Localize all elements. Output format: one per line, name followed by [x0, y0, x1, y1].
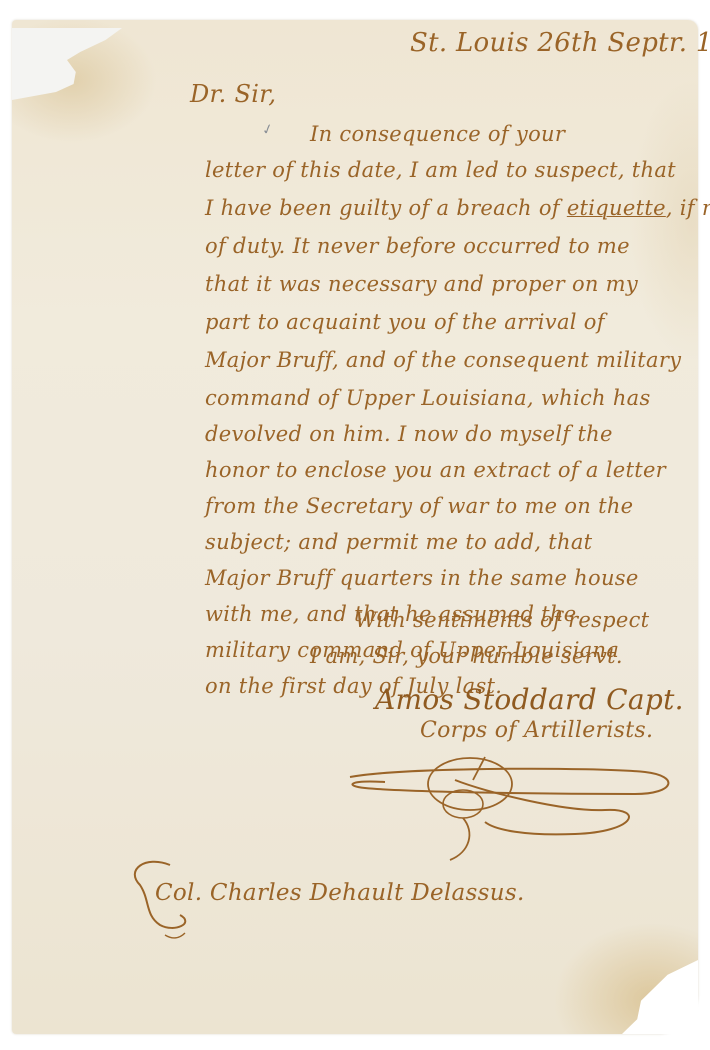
- salutation: Dr. Sir,: [190, 80, 276, 108]
- body-line: In consequence of your: [310, 122, 565, 146]
- body-line-text: I have been guilty of a breach of: [205, 196, 567, 220]
- signature-rank: Corps of Artillerists.: [420, 718, 653, 743]
- body-line-text: , if not: [666, 196, 710, 220]
- body-line: I have been guilty of a breach of etique…: [205, 196, 710, 220]
- underlined-word: etiquette: [567, 196, 666, 220]
- body-line: Major Bruff quarters in the same house: [205, 566, 639, 590]
- signature: Amos Stoddard Capt.: [375, 683, 684, 716]
- body-line: part to acquaint you of the arrival of: [205, 310, 605, 334]
- body-line: command of Upper Louisiana, which has: [205, 386, 651, 410]
- body-line: honor to enclose you an extract of a let…: [205, 458, 666, 482]
- signature-flourish-icon: [345, 752, 685, 872]
- body-line: devolved on him. I now do myself the: [205, 422, 613, 446]
- body-line: subject; and permit me to add, that: [205, 530, 592, 554]
- body-line: of duty. It never before occurred to me: [205, 234, 630, 258]
- dateline: St. Louis 26th Septr. 1804.: [410, 28, 710, 58]
- body-line: letter of this date, I am led to suspect…: [205, 158, 676, 182]
- body-line: from the Secretary of war to me on the: [205, 494, 633, 518]
- closing-line: I am, Sir, your humble servt.: [310, 644, 623, 668]
- closing-line: With sentiments of respect: [355, 608, 649, 632]
- body-line: Major Bruff, and of the consequent milit…: [205, 348, 681, 372]
- addressee: Col. Charles Dehault Delassus.: [155, 880, 525, 906]
- body-line: that it was necessary and proper on my: [205, 272, 638, 296]
